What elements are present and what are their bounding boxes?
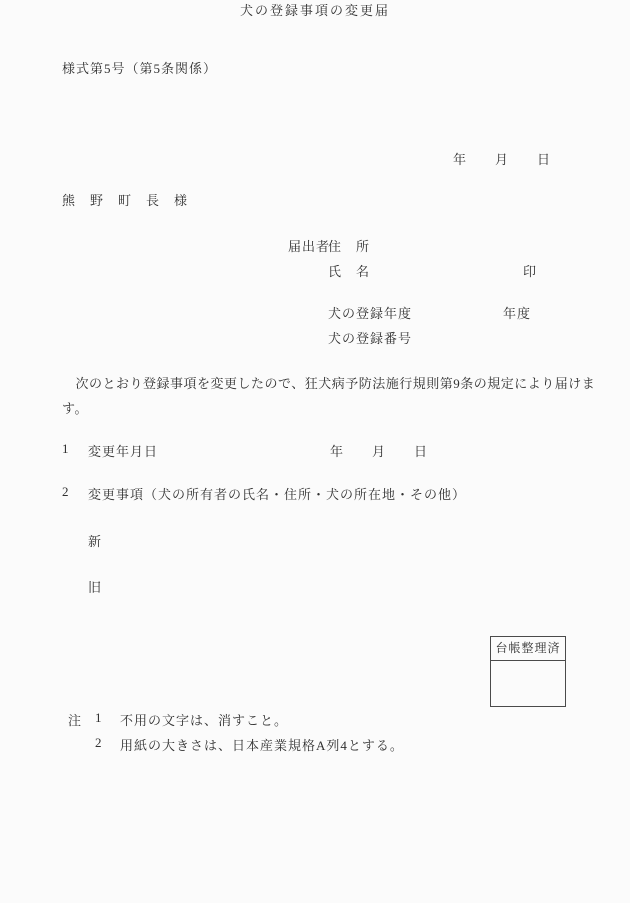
document-page: 様式第5号（第5条関係） 犬の登録事項の変更届 年 月 日 熊 野 町 長 様 … <box>0 0 630 903</box>
new-label: 新 <box>88 531 101 550</box>
document-title: 犬の登録事項の変更届 <box>240 3 390 18</box>
body-paragraph-line-1: 次のとおり登録事項を変更したので、狂犬病予防法施行規則第9条の規定により届けま <box>62 371 595 396</box>
note-2-number: 2 <box>95 735 102 751</box>
form-number: 様式第5号（第5条関係） <box>62 58 217 77</box>
declarant-name-label: 氏 名 <box>328 261 370 280</box>
registration-year-suffix: 年度 <box>503 303 531 322</box>
declarant-address-label: 住 所 <box>328 236 370 255</box>
registration-number-label: 犬の登録番号 <box>328 328 412 347</box>
item-2-number: 2 <box>62 484 69 500</box>
note-1-text: 不用の文字は、消すこと。 <box>120 710 288 729</box>
body-paragraph-line-2: す。 <box>62 396 88 421</box>
old-label: 旧 <box>88 577 101 596</box>
header-date-blanks: 年 月 日 <box>453 149 551 168</box>
addressee-mayor: 熊 野 町 長 様 <box>62 190 188 209</box>
item-2-label: 変更事項（犬の所有者の氏名・住所・犬の所在地・その他） <box>88 484 466 503</box>
ledger-processed-label: 台帳整理済 <box>491 637 565 661</box>
item-1-number: 1 <box>62 441 69 457</box>
item-1-label: 変更年月日 <box>88 441 158 460</box>
declarant-label: 届出者 <box>288 236 330 255</box>
seal-mark: 印 <box>523 261 537 280</box>
ledger-processed-box: 台帳整理済 <box>490 636 566 707</box>
item-1-date-blanks: 年 月 日 <box>330 441 428 460</box>
note-2-text: 用紙の大きさは、日本産業規格A列4とする。 <box>120 735 404 754</box>
note-1-number: 1 <box>95 710 102 726</box>
notes-label: 注 <box>68 710 81 729</box>
registration-year-label: 犬の登録年度 <box>328 303 412 322</box>
